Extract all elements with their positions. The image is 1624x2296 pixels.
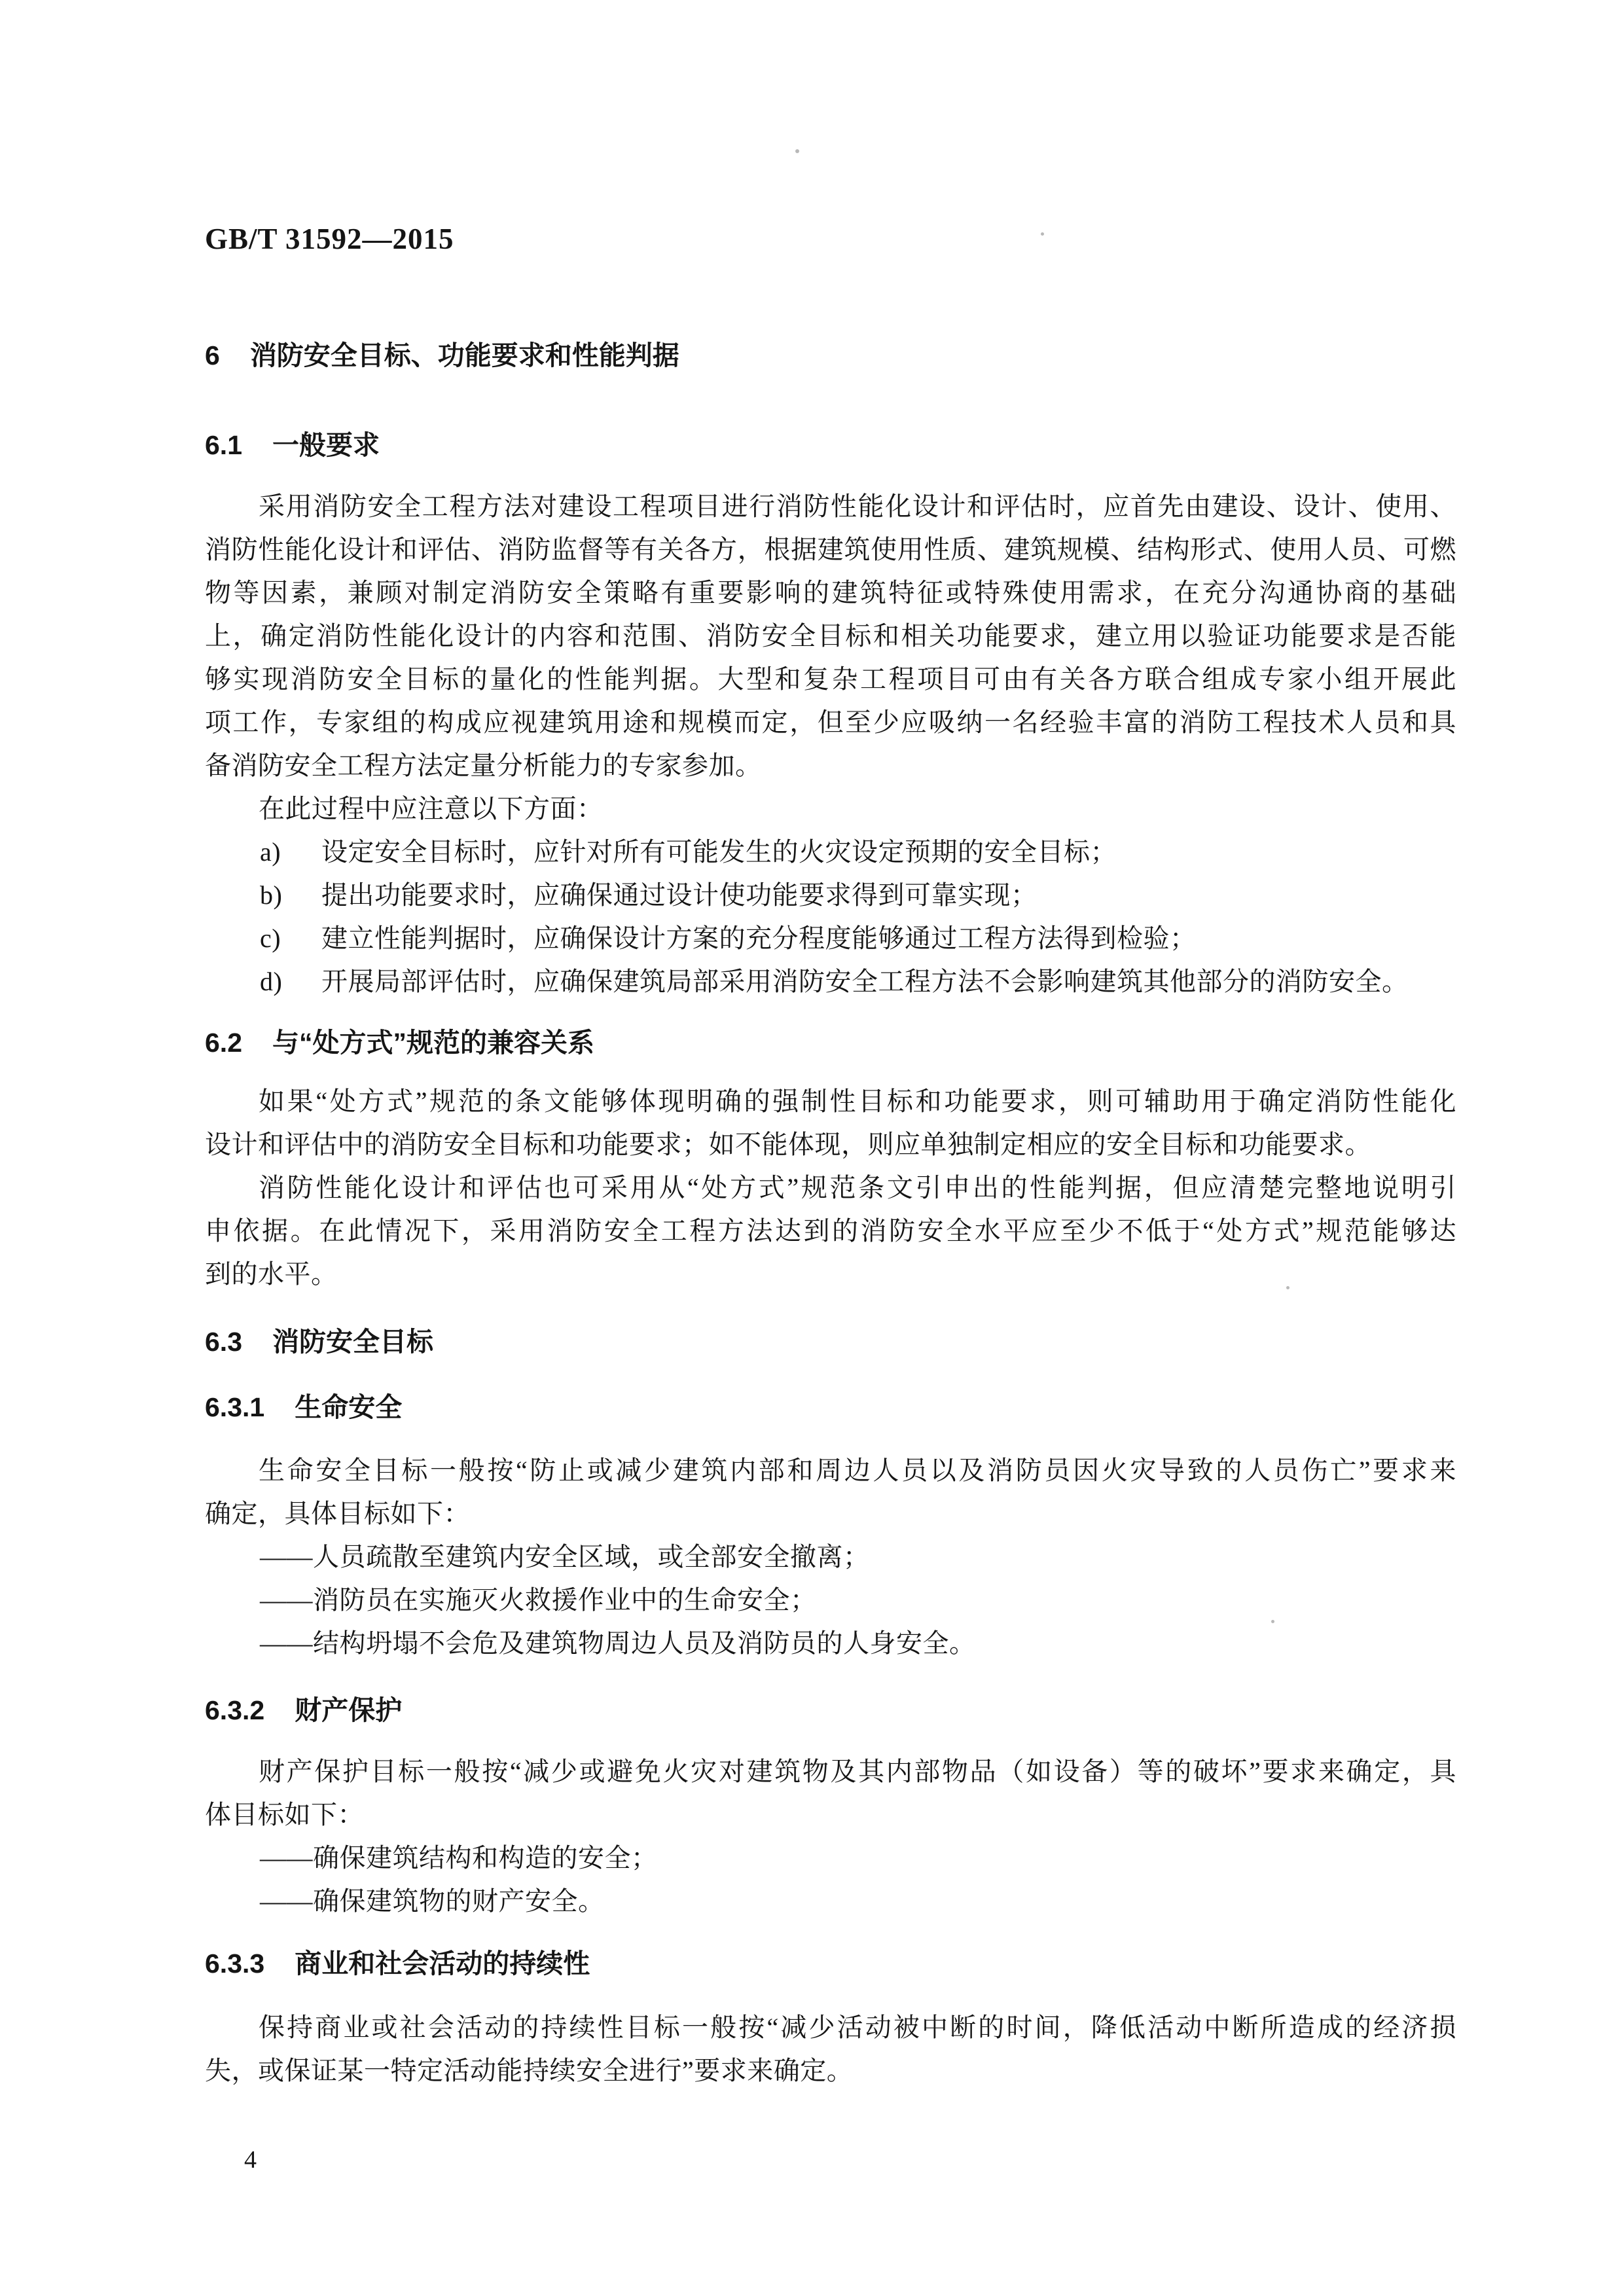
heading-title: 消防安全目标、功能要求和性能判据 (250, 340, 679, 370)
list-item-label: a) (260, 831, 321, 874)
dash-item: ——确保建筑物的财产安全。 (205, 1880, 1456, 1923)
paragraph-6-3-3: 保持商业或社会活动的持续性目标一般按“减少活动被中断的时间，降低活动中断所造成的… (205, 2006, 1456, 2092)
body-line: 消防性能化设计和评估、消防监督等有关各方，根据建筑使用性质、建筑规模、结构形式、… (205, 528, 1456, 571)
list-item: a)设定安全目标时，应针对所有可能发生的火灾设定预期的安全目标； (205, 831, 1456, 874)
paragraph-6-1: 采用消防安全工程方法对建设工程项目进行消防性能化设计和评估时，应首先由建设、设计… (205, 485, 1456, 787)
section-6-3-2-heading: 6.3.2财产保护 (205, 1689, 1456, 1732)
heading-number: 6.1 (205, 423, 242, 467)
heading-number: 6.3.3 (205, 1942, 264, 1985)
body-line: 财产保护目标一般按“减少或避免火灾对建筑物及其内部物品（如设备）等的破坏”要求来… (205, 1750, 1456, 1793)
heading-number: 6 (205, 334, 220, 377)
heading-number: 6.3.2 (205, 1689, 264, 1732)
dash-item: ——消防员在实施灭火救援作业中的生命安全； (205, 1579, 1456, 1622)
section-6-3-heading: 6.3消防安全目标 (205, 1320, 1456, 1363)
heading-title: 一般要求 (272, 430, 380, 460)
list-item-text: 建立性能判据时，应确保设计方案的充分程度能够通过工程方法得到检验； (321, 924, 1197, 953)
section-6-3-1-heading: 6.3.1生命安全 (205, 1386, 1456, 1429)
note-intro-line: 在此过程中应注意以下方面： (205, 787, 1456, 831)
paragraph-6-2-a: 如果“处方式”规范的条文能够体现明确的强制性目标和功能要求，则可辅助用于确定消防… (205, 1080, 1456, 1166)
section-6-1-heading: 6.1一般要求 (205, 423, 1456, 467)
body-line: 保持商业或社会活动的持续性目标一般按“减少活动被中断的时间，降低活动中断所造成的… (205, 2006, 1456, 2049)
body-line: 项工作，专家组的构成应视建筑用途和规模而定，但至少应吸纳一名经验丰富的消防工程技… (205, 701, 1456, 744)
dash-item: ——人员疏散至建筑内安全区域，或全部安全撤离； (205, 1535, 1456, 1579)
list-item: b)提出功能要求时，应确保通过设计使功能要求得到可靠实现； (205, 874, 1456, 917)
list-item-text: 开展局部评估时，应确保建筑局部采用消防安全工程方法不会影响建筑其他部分的消防安全… (321, 967, 1409, 996)
list-item-text: 设定安全目标时，应针对所有可能发生的火灾设定预期的安全目标； (321, 837, 1117, 867)
body-line: 采用消防安全工程方法对建设工程项目进行消防性能化设计和评估时，应首先由建设、设计… (205, 485, 1456, 528)
scan-speck (1271, 1620, 1274, 1623)
list-item-label: d) (260, 960, 321, 1003)
body-line: 消防性能化设计和评估也可采用从“处方式”规范条文引申出的性能判据，但应清楚完整地… (205, 1166, 1456, 1210)
body-line: 如果“处方式”规范的条文能够体现明确的强制性目标和功能要求，则可辅助用于确定消防… (205, 1080, 1456, 1123)
dash-list-6-3-1: ——人员疏散至建筑内安全区域，或全部安全撤离； ——消防员在实施灭火救援作业中的… (205, 1535, 1456, 1665)
scan-speck (1041, 232, 1044, 236)
paragraph-6-2-b: 消防性能化设计和评估也可采用从“处方式”规范条文引申出的性能判据，但应清楚完整地… (205, 1166, 1456, 1296)
lettered-list: a)设定安全目标时，应针对所有可能发生的火灾设定预期的安全目标； b)提出功能要… (205, 831, 1456, 1003)
page-content: GB/T 31592—2015 6消防安全目标、功能要求和性能判据 6.1一般要… (0, 217, 1624, 2181)
list-item: c)建立性能判据时，应确保设计方案的充分程度能够通过工程方法得到检验； (205, 917, 1456, 960)
paragraph-6-3-2: 财产保护目标一般按“减少或避免火灾对建筑物及其内部物品（如设备）等的破坏”要求来… (205, 1750, 1456, 1837)
scan-speck (795, 149, 799, 153)
heading-title: 财产保护 (295, 1695, 402, 1725)
body-line: 设计和评估中的消防安全目标和功能要求；如不能体现，则应单独制定相应的安全目标和功… (205, 1123, 1456, 1166)
body-line: 上，确定消防性能化设计的内容和范围、消防安全目标和相关功能要求，建立用以验证功能… (205, 615, 1456, 658)
paragraph-6-3-1: 生命安全目标一般按“防止或减少建筑内部和周边人员以及消防员因火灾导致的人员伤亡”… (205, 1449, 1456, 1535)
body-line: 生命安全目标一般按“防止或减少建筑内部和周边人员以及消防员因火灾导致的人员伤亡”… (205, 1449, 1456, 1492)
body-line: 失，或保证某一特定活动能持续安全进行”要求来确定。 (205, 2049, 1456, 2092)
body-line: 申依据。在此情况下，采用消防安全工程方法达到的消防安全水平应至少不低于“处方式”… (205, 1210, 1456, 1253)
list-item-label: b) (260, 874, 321, 917)
heading-title: 与“处方式”规范的兼容关系 (272, 1028, 594, 1058)
heading-number: 6.3.1 (205, 1386, 264, 1429)
heading-number: 6.2 (205, 1021, 242, 1064)
body-line: 确定，具体目标如下： (205, 1492, 1456, 1535)
section-6-heading: 6消防安全目标、功能要求和性能判据 (205, 334, 1456, 377)
body-line: 体目标如下： (205, 1793, 1456, 1837)
heading-title: 商业和社会活动的持续性 (295, 1948, 590, 1979)
list-item-label: c) (260, 917, 321, 960)
section-6-2-heading: 6.2与“处方式”规范的兼容关系 (205, 1021, 1456, 1064)
heading-number: 6.3 (205, 1320, 242, 1363)
page-number: 4 (205, 2138, 1456, 2181)
dash-item: ——结构坍塌不会危及建筑物周边人员及消防员的人身安全。 (205, 1622, 1456, 1665)
list-item-text: 提出功能要求时，应确保通过设计使功能要求得到可靠实现； (321, 880, 1038, 910)
dash-list-6-3-2: ——确保建筑结构和构造的安全； ——确保建筑物的财产安全。 (205, 1837, 1456, 1923)
list-item: d)开展局部评估时，应确保建筑局部采用消防安全工程方法不会影响建筑其他部分的消防… (205, 960, 1456, 1003)
standard-number: GB/T 31592—2015 (205, 217, 1456, 260)
body-line: 到的水平。 (205, 1253, 1456, 1296)
body-line: 备消防安全工程方法定量分析能力的专家参加。 (205, 744, 1456, 787)
document-page: GB/T 31592—2015 6消防安全目标、功能要求和性能判据 6.1一般要… (0, 0, 1624, 2296)
body-line: 物等因素，兼顾对制定消防安全策略有重要影响的建筑特征或特殊使用需求，在充分沟通协… (205, 571, 1456, 615)
section-6-3-3-heading: 6.3.3商业和社会活动的持续性 (205, 1942, 1456, 1985)
dash-item: ——确保建筑结构和构造的安全； (205, 1837, 1456, 1880)
body-line: 够实现消防安全目标的量化的性能判据。大型和复杂工程项目可由有关各方联合组成专家小… (205, 658, 1456, 701)
heading-title: 消防安全目标 (272, 1327, 433, 1357)
scan-speck (1286, 1286, 1290, 1289)
scan-speck (839, 678, 842, 681)
heading-title: 生命安全 (295, 1392, 402, 1422)
